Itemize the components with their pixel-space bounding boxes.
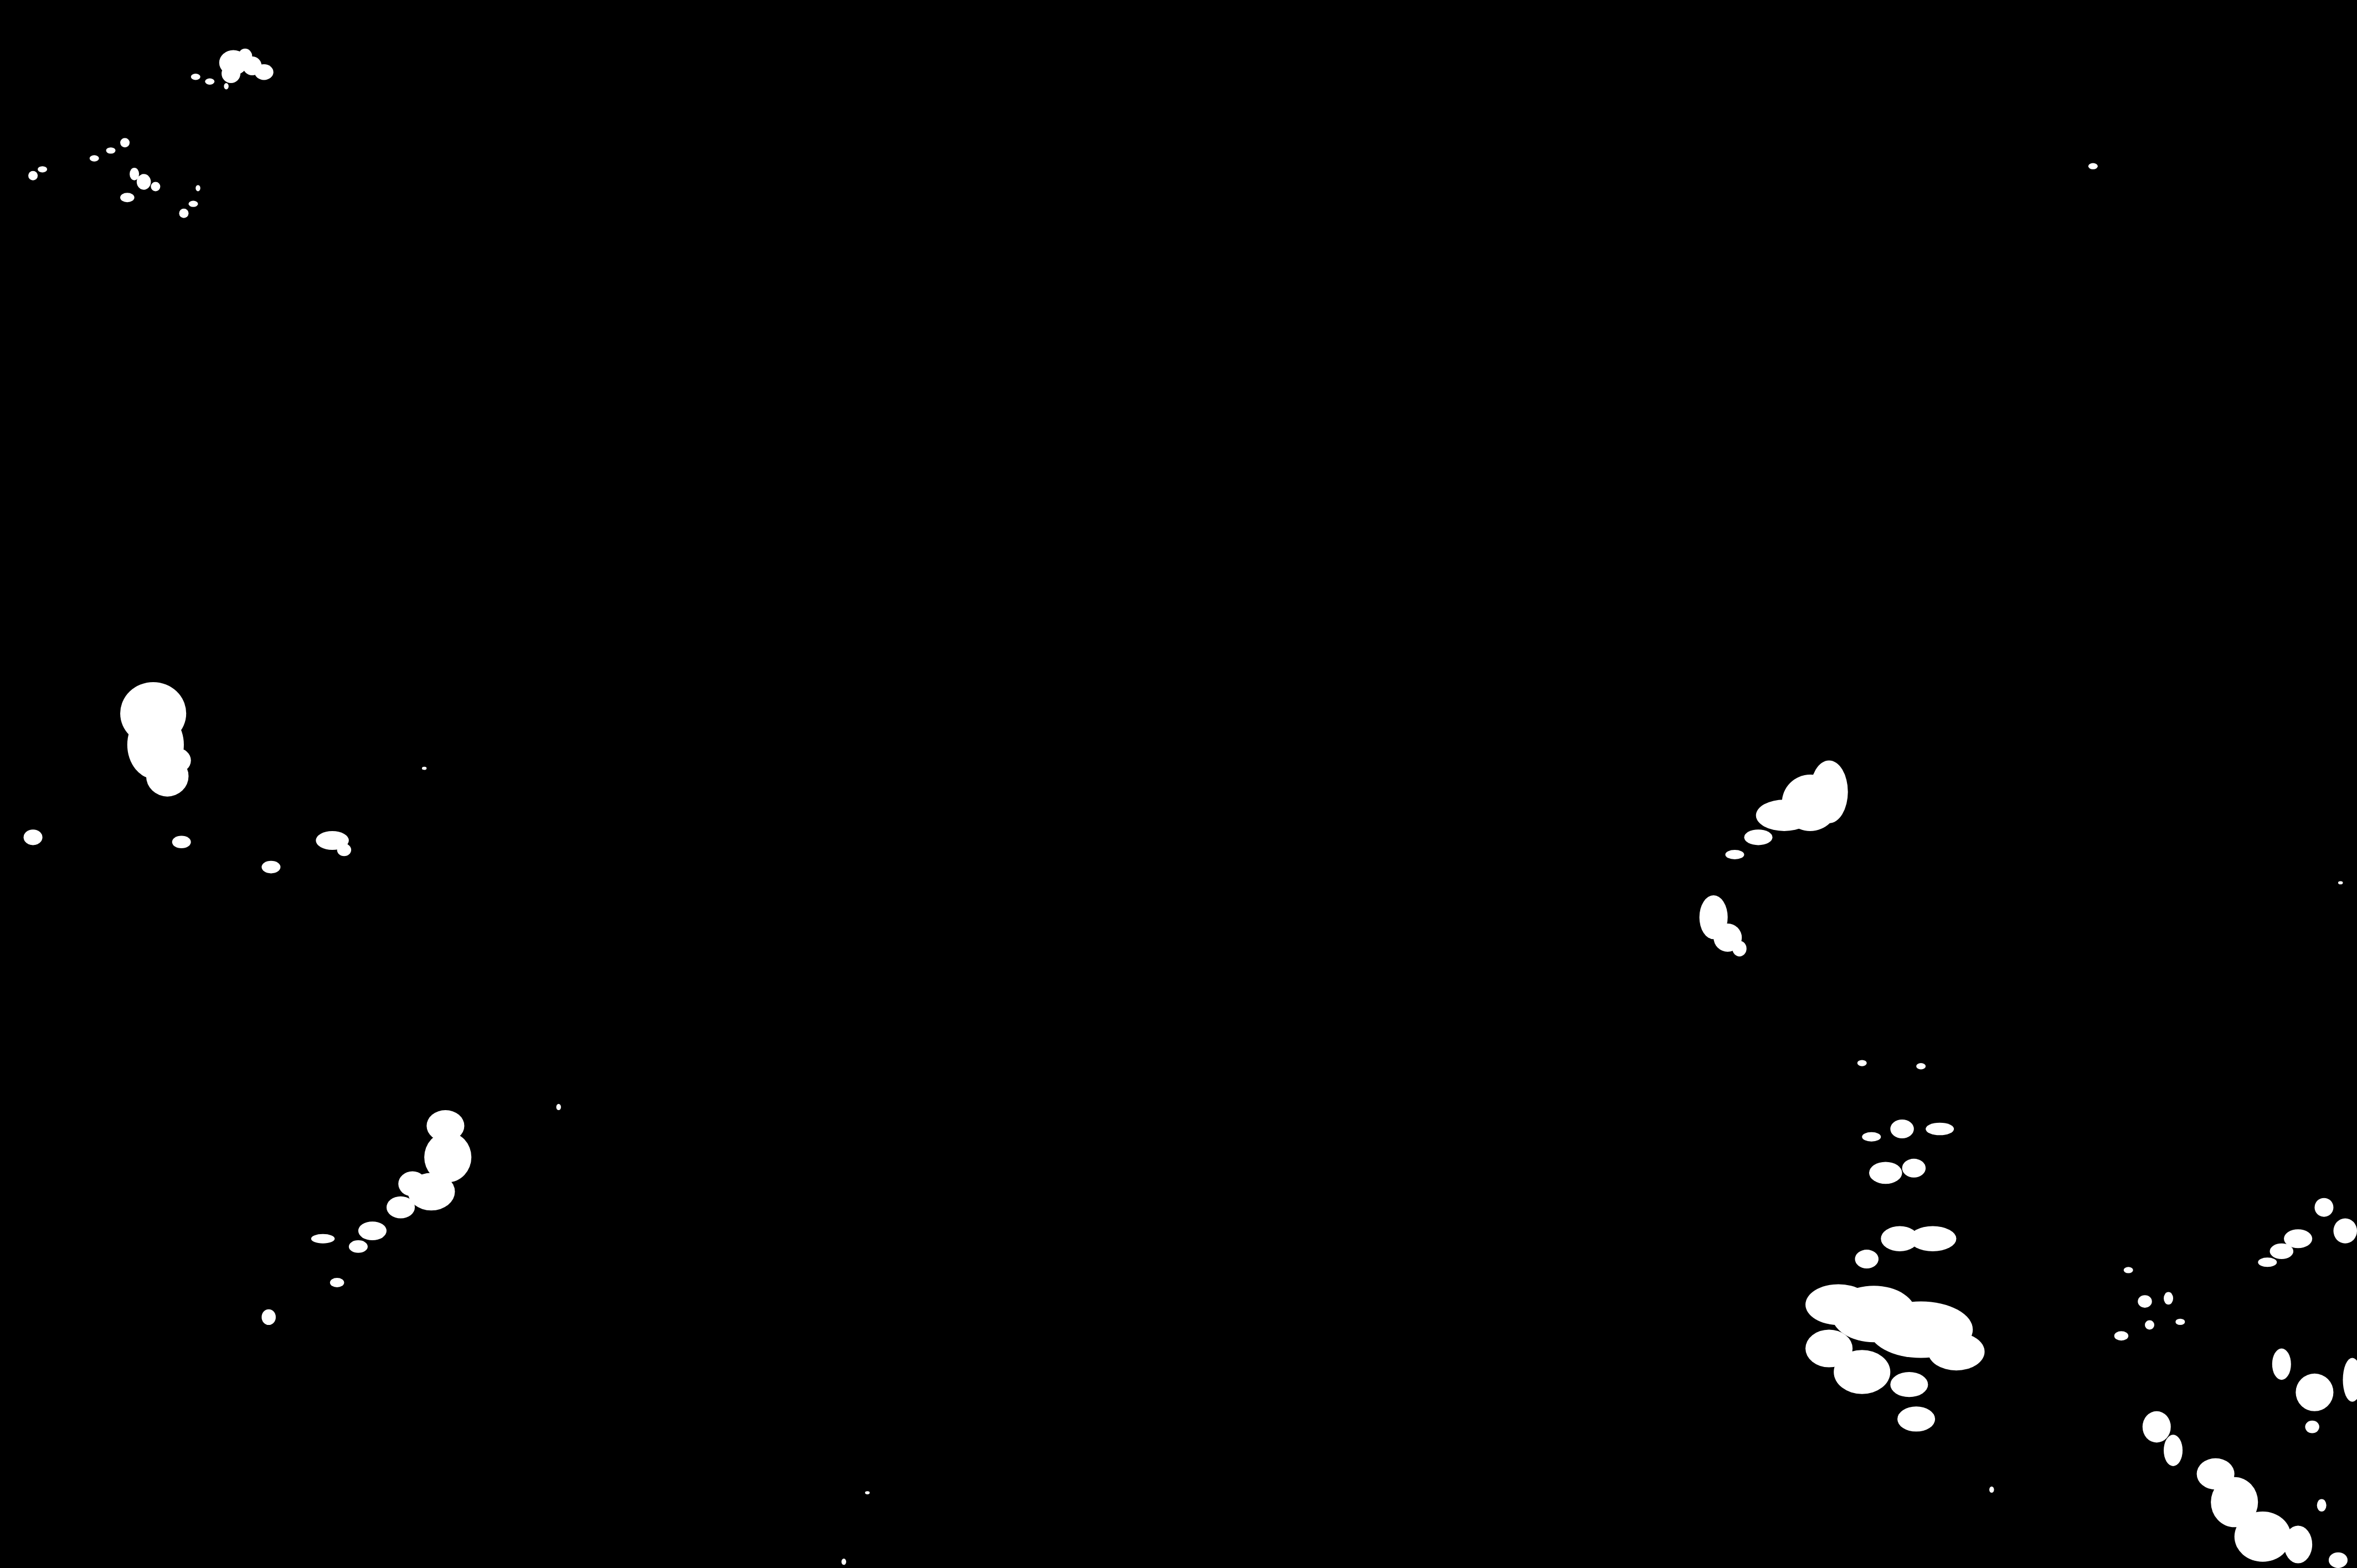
mask-blob: [1862, 1132, 1881, 1142]
mask-blob: [2145, 1321, 2154, 1330]
mask-blob: [2338, 881, 2343, 885]
mask-blob: [2235, 1512, 2291, 1562]
mask-blob: [1897, 1406, 1935, 1431]
mask-blob: [2329, 1552, 2348, 1568]
mask-blob: [556, 1104, 561, 1110]
mask-blob: [349, 1240, 368, 1253]
mask-blob: [28, 171, 38, 180]
mask-blob: [1834, 1350, 1890, 1394]
mask-blob: [191, 74, 200, 80]
mask-blob: [2284, 1526, 2312, 1564]
mask-blob: [2258, 1257, 2277, 1267]
segmentation-mask: [0, 0, 2357, 1568]
mask-blob: [1810, 761, 1848, 823]
mask-blob: [120, 138, 130, 147]
mask-blob: [1881, 1226, 1918, 1251]
mask-blob: [90, 155, 99, 161]
mask-blob: [398, 1172, 426, 1196]
mask-blob: [151, 182, 160, 192]
mask-blob: [337, 844, 352, 857]
mask-blob: [1916, 1063, 1926, 1069]
mask-blob: [1869, 1162, 1902, 1184]
mask-blob: [2175, 1319, 2185, 1325]
mask-blob: [2270, 1244, 2294, 1259]
mask-blob: [24, 829, 43, 845]
mask-blob: [195, 185, 200, 191]
mask-blob: [224, 83, 229, 89]
mask-blob: [1725, 850, 1744, 859]
mask-blob: [106, 147, 116, 153]
mask-blob: [255, 64, 274, 80]
mask-blob: [163, 748, 191, 773]
mask-blob: [2272, 1349, 2291, 1380]
mask-blob: [172, 835, 191, 848]
mask-blob: [330, 1278, 344, 1287]
mask-blob: [1855, 1250, 1879, 1268]
mask-blob: [841, 1559, 846, 1565]
mask-blob: [179, 209, 188, 218]
mask-blob: [205, 79, 214, 85]
mask-blob: [137, 174, 151, 189]
mask-blob: [2143, 1411, 2171, 1443]
mask-blob: [261, 861, 280, 874]
mask-blob: [311, 1234, 335, 1244]
mask-blob: [422, 767, 427, 770]
mask-blob: [1989, 1487, 1994, 1493]
mask-blob: [188, 200, 198, 207]
mask-blob: [2088, 163, 2098, 169]
mask-blob: [1744, 829, 1772, 845]
mask-blob: [1926, 1123, 1954, 1136]
mask-blob: [1928, 1333, 1984, 1370]
mask-blob: [358, 1221, 387, 1240]
mask-background: [0, 0, 2357, 1568]
mask-blob: [865, 1491, 870, 1494]
mask-blob: [1890, 1372, 1928, 1397]
mask-blob: [2333, 1218, 2357, 1243]
mask-blob: [2314, 1198, 2333, 1217]
mask-blob: [2296, 1374, 2333, 1411]
mask-blob: [1890, 1120, 1914, 1138]
mask-blob: [1857, 1060, 1867, 1066]
mask-blob: [387, 1196, 415, 1219]
mask-blob: [2124, 1267, 2133, 1273]
mask-blob: [120, 193, 135, 202]
mask-blob: [1732, 941, 1747, 956]
mask-blob: [2164, 1292, 2173, 1305]
mask-blob: [2114, 1331, 2129, 1340]
mask-blob: [38, 166, 47, 172]
mask-blob: [2305, 1421, 2319, 1433]
mask-blob: [261, 1309, 276, 1325]
mask-blob: [2164, 1435, 2183, 1466]
mask-blob: [1902, 1159, 1926, 1178]
mask-blob: [2317, 1499, 2327, 1512]
mask-blob: [2138, 1295, 2152, 1308]
